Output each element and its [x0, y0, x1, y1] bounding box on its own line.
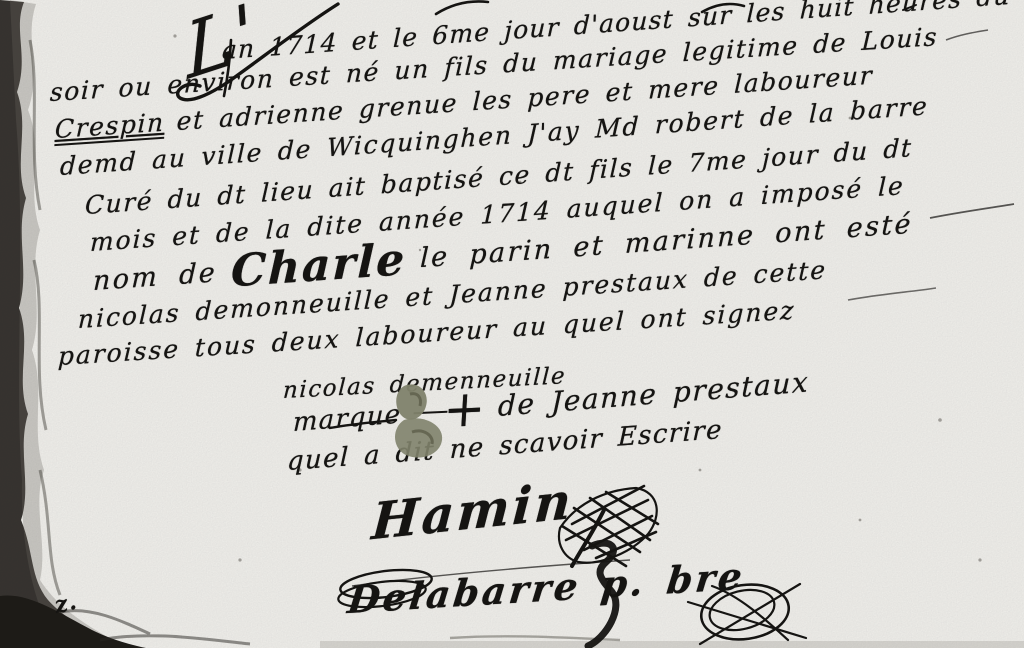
margin-mark: z.	[52, 589, 79, 619]
cross-mark-icon: +	[412, 391, 487, 429]
manuscript-page: L' an 1714 et le 6me jour d'aoust sur le…	[0, 0, 1024, 648]
bottom-smudge	[320, 641, 1024, 648]
record-line-7-prefix: nom de	[92, 257, 217, 297]
mark-label: marque	[293, 399, 402, 438]
